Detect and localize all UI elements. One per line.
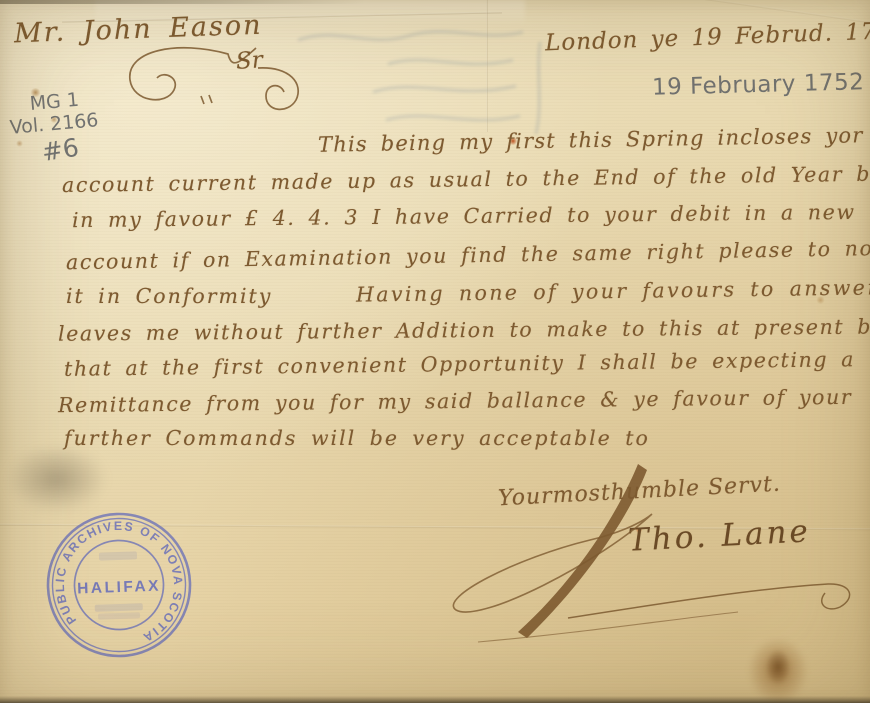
salutation-flourish (108, 44, 308, 122)
bleedthrough-strokes (298, 32, 540, 134)
body-line: Having none of your favours to answer (356, 275, 870, 306)
flourish-strokes (130, 48, 298, 110)
flourish-slash (518, 464, 647, 638)
dateline: London ye 19 Februd. 1752 (545, 18, 870, 57)
body-line: in my favour £ 4. 4. 3 I have Carried to… (72, 200, 856, 232)
salutation: Sr (235, 47, 264, 75)
brown-stain-core (766, 650, 790, 684)
body-line: it in Conformity (66, 284, 272, 308)
body-line: further Commands will be very acceptable… (64, 426, 650, 450)
body-line: account if on Examination you find the s… (66, 236, 870, 274)
flourish-strokes (453, 514, 849, 642)
stamp-center-text: HALIFAX (77, 578, 161, 598)
signature-flourish (420, 462, 870, 652)
pencil-date-annotation: 19 February 1752 (652, 69, 865, 101)
paper-edge-top (0, 0, 522, 4)
gray-stain (6, 446, 106, 512)
archive-stamp: PUBLIC ARCHIVES OF NOVA SCOTIA HALIFAX (39, 505, 198, 664)
body-line: that at the first convenient Opportunity… (64, 347, 855, 381)
letter-scan: Mr. John Eason Sr London ye 19 Februd. 1… (0, 0, 870, 703)
paper-edge-bottom (0, 696, 870, 703)
body-line: leaves me without further Addition to ma… (58, 314, 870, 345)
body-line: Remittance from you for my said ballance… (58, 385, 852, 417)
archive-reference: MG 1 Vol. 2166 #6 (7, 88, 102, 168)
body-line: account current made up as usual to the … (62, 161, 870, 197)
